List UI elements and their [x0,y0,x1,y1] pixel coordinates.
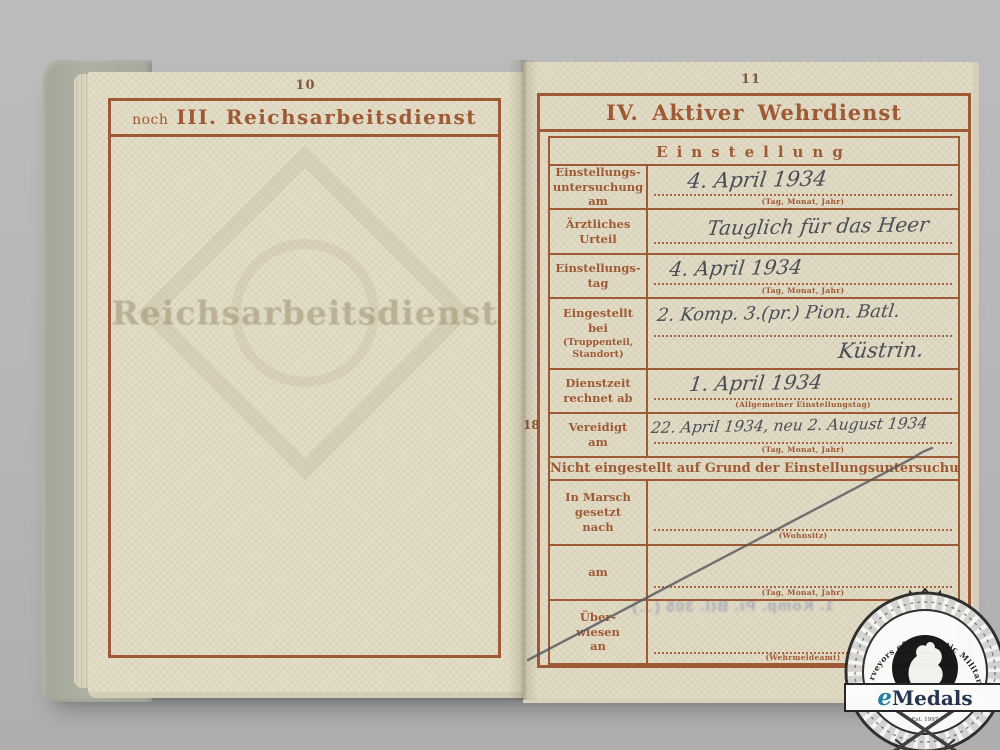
row-eingestellt-bei: Eingestellt bei (Truppenteil, Standort) … [550,299,958,370]
page-number-right: 11 [537,72,965,87]
right-page-frame: IV. Aktiver Wehrdienst 18 Einstellung Ei… [537,93,971,668]
brand-wordmark: eMedals [877,684,972,711]
handwritten-entry: 4. April 1934 [668,255,804,281]
field-caption: (Allgemeiner Einstellungstag) [648,400,958,409]
row-in-marsch-gesetzt: In Marsch gesetzt nach (Wohnsitz) [550,481,958,546]
row-einstellungsuntersuchung: Einstellungs- untersuchung am 4. April 1… [550,166,958,210]
page-number-left: 10 [88,78,523,93]
left-page-header: nochIII. Reichsarbeitsdienst [111,101,498,137]
dotted-line [654,242,952,244]
left-page-frame: nochIII. Reichsarbeitsdienst Reichsarbei… [108,98,501,658]
row-label: Einstellungs- tag [555,261,640,290]
established-text: Est. 1997 [912,717,939,723]
handwritten-entry: 2. Komp. 3.(pr.) Pion. Batl. [656,301,901,326]
row-label: am [588,565,608,580]
dotted-line [654,442,952,444]
row-einstellungstag: Einstellungs- tag 4. April 1934 (Tag, Mo… [550,255,958,299]
cancellation-band: Nicht eingestellt auf Grund der Einstell… [550,458,958,481]
handwritten-entry: 22. April 1934, neu 2. August 1934 [650,414,929,437]
row-label: Dienstzeit rechnet ab [563,376,632,405]
left-page-title: III. Reichsarbeitsdienst [176,105,477,129]
stamp-bleedthrough-mirrored: 1. Komp. Pi. Btl. 305 (…) [615,597,850,616]
field-caption: (Tag, Monat, Jahr) [648,197,958,206]
row-label: Eingestellt bei [563,306,633,335]
row-label: Vereidigt am [569,420,628,449]
handwritten-entry: 4. April 1934 [686,167,828,193]
photo-of-wehrpass-document: 10 nochIII. Reichsarbeitsdienst Reichsar… [0,0,1000,750]
row-label: Ärztliches Urteil [566,217,631,246]
row-sublabel: (Truppenteil, Standort) [563,337,633,361]
enlistment-table: Einstellung Einstellungs- untersuchung a… [548,136,960,665]
section-title: Einstellung [550,138,958,166]
dotted-line [654,283,952,285]
dotted-line [654,335,952,337]
row-aerztliches-urteil: Ärztliches Urteil Tauglich für das Heer [550,210,958,255]
row-dienstzeit: Dienstzeit rechnet ab 1. April 1934 (All… [550,370,958,414]
handwritten-entry: Tauglich für das Heer [706,212,930,240]
left-page: 10 nochIII. Reichsarbeitsdienst Reichsar… [88,72,523,698]
row-label: Einstellungs- untersuchung am [553,165,643,209]
field-caption: (Wohnsitz) [648,531,958,540]
handwritten-entry: 1. April 1934 [688,370,824,396]
watermark-text: Reichsarbeitsdienst [111,294,498,333]
field-caption: (Tag, Monat, Jahr) [648,445,958,454]
row-label: In Marsch gesetzt nach [565,490,631,534]
row-vereidigt: Vereidigt am 22. April 1934, neu 2. Augu… [550,414,958,458]
dotted-line [654,194,952,196]
field-caption: (Tag, Monat, Jahr) [648,286,958,295]
emedals-watermark-badge: Purveyors of Authentic Militaria eMedals… [840,588,1000,750]
header-prefix: noch [132,112,168,128]
row-label: Über- wiesen an [576,610,620,654]
book-spine-gutter [508,60,538,700]
handwritten-entry-2: Küstrin. [837,338,925,363]
right-page-title: IV. Aktiver Wehrdienst [540,96,968,132]
